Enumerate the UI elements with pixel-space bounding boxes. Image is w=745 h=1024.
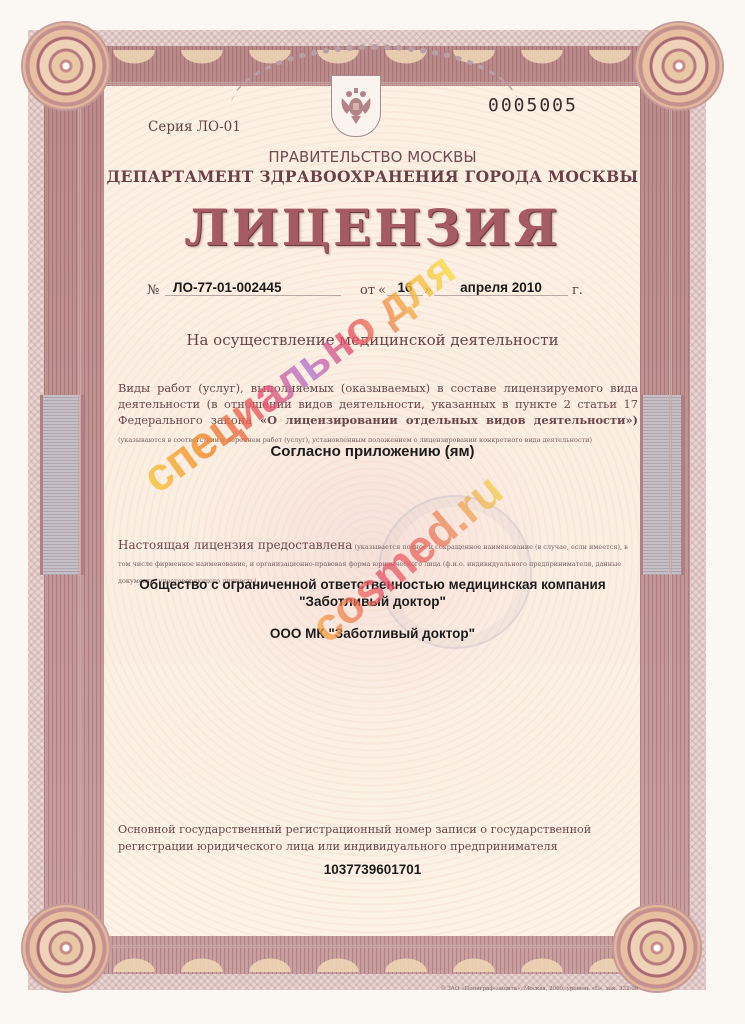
license-sheet: Серия ЛО-01 0005005 ПРАВИТЕЛЬСТВО МОСКВЫ… [0,0,745,1024]
document-title: ЛИЦЕНЗИЯ [0,198,745,257]
rosette-bottom-right-icon [614,905,700,991]
printer-imprint: © ЗАО «Полиграф-защита», Москва, 2009, у… [440,986,638,992]
government-name: ПРАВИТЕЛЬСТВО МОСКВЫ [0,148,745,166]
law-name: «О лицензировании отдельных видов деятел… [260,413,638,427]
double-headed-eagle-icon [339,86,373,126]
number-sign: № [147,283,159,298]
ogrn-label: Основной государственный регистрационный… [118,821,638,855]
organization-short-name: ООО МК "Заботливый доктор" [0,626,745,641]
license-number-value: ЛО-77-01-002445 [165,280,341,296]
according-to-appendix: Согласно приложению (ям) [0,443,745,460]
blank-number: 0005005 [488,95,578,116]
rosette-top-left-icon [23,23,109,109]
coat-of-arms-icon [331,75,381,137]
series-label: Серия ЛО-01 [148,119,241,135]
year-suffix: г. [572,283,583,298]
ogrn-value: 1037739601701 [0,862,745,877]
rosette-bottom-left-icon [23,905,109,991]
granted-to-text: Настоящая лицензия предоставлена [118,538,352,552]
rosette-top-right-icon [636,23,722,109]
department-name: ДЕПАРТАМЕНТ ЗДРАВООХРАНЕНИЯ ГОРОДА МОСКВ… [0,167,745,186]
